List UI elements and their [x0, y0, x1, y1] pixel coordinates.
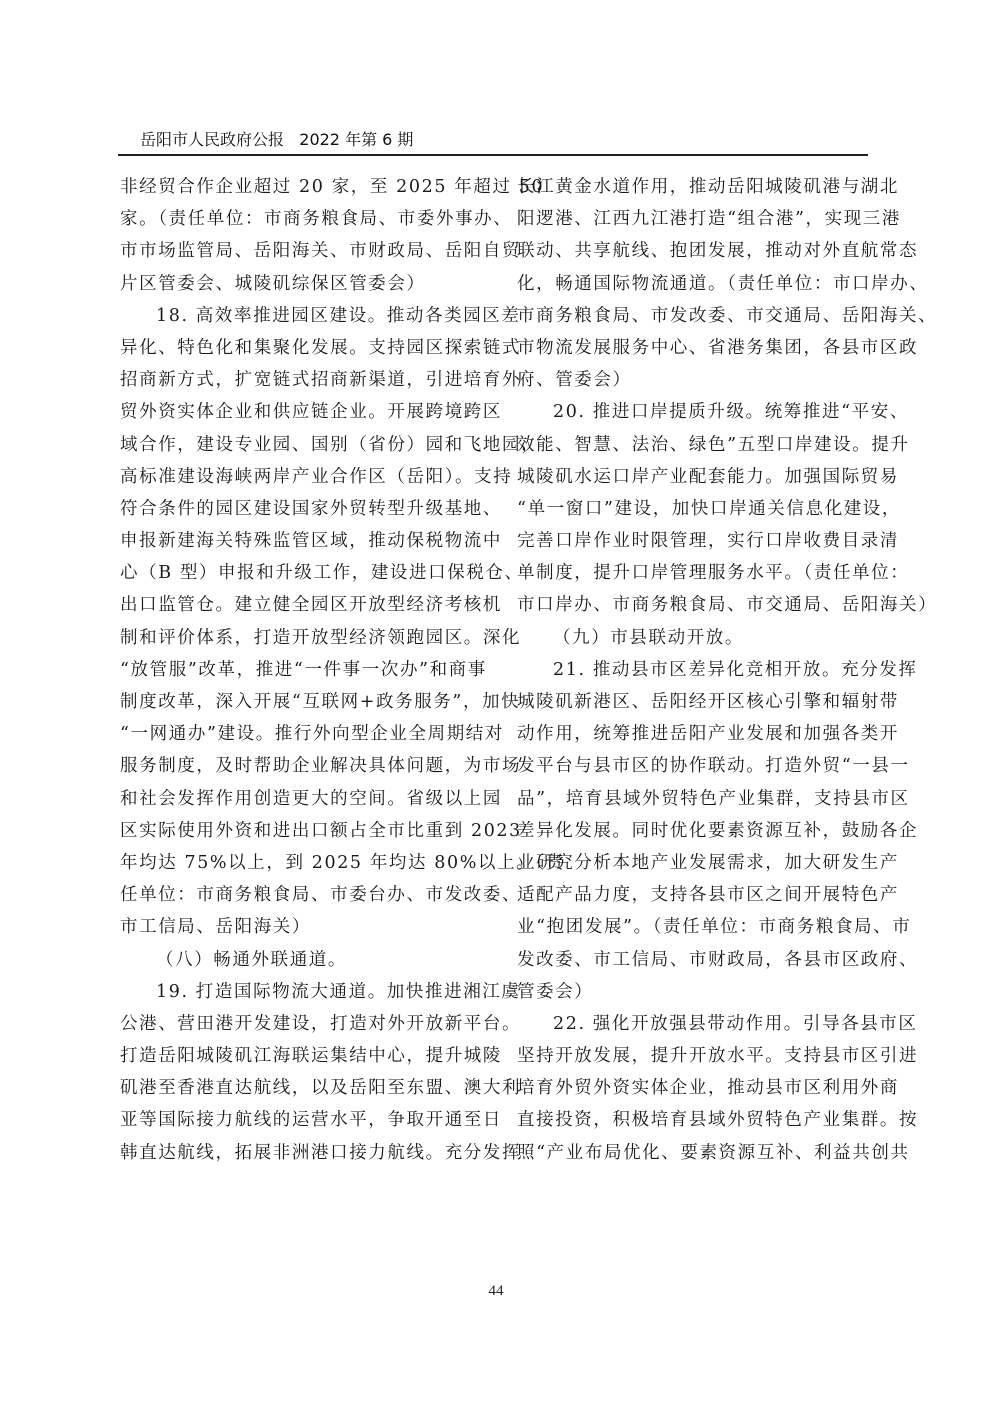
text-line: 市市场监管局、岳阳海关、市财政局、岳阳自贸	[120, 235, 480, 267]
text-line: 区实际使用外资和进出口额占全市比重到 2023	[120, 815, 480, 847]
text-line: 联动、共享航线、抱团发展，推动对外直航常态	[517, 235, 877, 267]
text-line: 公港、营田港开发建设，打造对外开放新平台。	[120, 1008, 480, 1040]
text-line: 直接投资，积极培育县域外贸特色产业集群。按	[517, 1104, 877, 1136]
section-heading: （八）畅通外联通道。	[120, 944, 480, 976]
publication-title: 岳阳市人民政府公报 2022 年第 6 期	[140, 128, 413, 152]
text-line: 管委会）	[517, 976, 877, 1008]
text-line: 制度改革，深入开展“互联网+政务服务”，加快	[120, 686, 480, 718]
text-line: 阳逻港、江西九江港打造“组合港”，实现三港	[517, 203, 877, 235]
text-line: 发改委、市工信局、市财政局，各县市区政府、	[517, 944, 877, 976]
page-header: 岳阳市人民政府公报 2022 年第 6 期	[118, 128, 868, 156]
text-line: 适配产品力度，支持各县市区之间开展特色产	[517, 879, 877, 911]
text-line: 业“抱团发展”。（责任单位：市商务粮食局、市	[517, 911, 877, 943]
text-line: 家。（责任单位：市商务粮食局、市委外事办、	[120, 203, 480, 235]
text-line: 非经贸合作企业超过 20 家，至 2025 年超过 50	[120, 171, 480, 203]
text-line: 长江黄金水道作用，推动岳阳城陵矶港与湖北	[517, 171, 877, 203]
text-line: 市口岸办、市商务粮食局、市交通局、岳阳海关）	[517, 589, 877, 621]
text-line: 差异化发展。同时优化要素资源互补，鼓励各企	[517, 815, 877, 847]
text-line: 异化、特色化和集聚化发展。支持园区探索链式	[120, 332, 480, 364]
text-line: 市商务粮食局、市发改委、市交通局、岳阳海关、	[517, 300, 877, 332]
text-line: 动作用，统筹推进岳阳产业发展和加强各类开	[517, 718, 877, 750]
text-line: 服务制度，及时帮助企业解决具体问题，为市场	[120, 750, 480, 782]
text-line: “一网通办”建设。推行外向型企业全周期结对	[120, 718, 480, 750]
text-line: 市物流发展服务中心、省港务集团，各县市区政	[517, 332, 877, 364]
text-line: 完善口岸作业时限管理，实行口岸收费目录清	[517, 525, 877, 557]
text-line: 22. 强化开放强县带动作用。引导各县市区	[517, 1008, 877, 1040]
text-line: 19. 打造国际物流大通道。加快推进湘江虞	[120, 976, 480, 1008]
text-line: 城陵矶水运口岸产业配套能力。加强国际贸易	[517, 461, 877, 493]
text-line: 片区管委会、城陵矶综保区管委会）	[120, 268, 480, 300]
text-line: 年均达 75%以上，到 2025 年均达 80%以上。（责	[120, 847, 480, 879]
text-line: 发平台与县市区的协作联动。打造外贸“一县一	[517, 750, 877, 782]
text-line: 品”，培育县域外贸特色产业集群，支持县市区	[517, 783, 877, 815]
text-line: 坚持开放发展，提升开放水平。支持县市区引进	[517, 1040, 877, 1072]
text-line: “单一窗口”建设，加快口岸通关信息化建设，	[517, 493, 877, 525]
text-line: 培育外贸外资实体企业，推动县市区利用外商	[517, 1072, 877, 1104]
text-line: 心（B 型）申报和升级工作，建设进口保税仓、	[120, 557, 480, 589]
text-line: 出口监管仓。建立健全园区开放型经济考核机	[120, 589, 480, 621]
text-line: 效能、智慧、法治、绿色”五型口岸建设。提升	[517, 429, 877, 461]
text-line: 制和评价体系，打造开放型经济领跑园区。深化	[120, 622, 480, 654]
text-line: “放管服”改革，推进“一件事一次办”和商事	[120, 654, 480, 686]
page-number: 44	[0, 1283, 992, 1300]
text-line: 20. 推进口岸提质升级。统筹推进“平安、	[517, 396, 877, 428]
text-line: 21. 推动县市区差异化竞相开放。充分发挥	[517, 654, 877, 686]
text-line: 单制度，提升口岸管理服务水平。（责任单位：	[517, 557, 877, 589]
text-line: 照“产业布局优化、要素资源互补、利益共创共	[517, 1137, 877, 1169]
text-line: 贸外资实体企业和供应链企业。开展跨境跨区	[120, 396, 480, 428]
text-line: 化，畅通国际物流通道。（责任单位：市口岸办、	[517, 268, 877, 300]
text-line: 18. 高效率推进园区建设。推动各类园区差	[120, 300, 480, 332]
right-column: 长江黄金水道作用，推动岳阳城陵矶港与湖北阳逻港、江西九江港打造“组合港”，实现三…	[517, 171, 877, 1169]
text-line: 任单位：市商务粮食局、市委台办、市发改委、	[120, 879, 480, 911]
text-line: 高标准建设海峡两岸产业合作区（岳阳）。支持	[120, 461, 480, 493]
section-heading: （九）市县联动开放。	[517, 622, 877, 654]
text-line: 域合作，建设专业园、国别（省份）园和飞地园，	[120, 429, 480, 461]
text-line: 矶港至香港直达航线，以及岳阳至东盟、澳大利	[120, 1072, 480, 1104]
text-line: 和社会发挥作用创造更大的空间。省级以上园	[120, 783, 480, 815]
text-line: 亚等国际接力航线的运营水平，争取开通至日	[120, 1104, 480, 1136]
text-line: 业研究分析本地产业发展需求，加大研发生产	[517, 847, 877, 879]
text-line: 府、管委会）	[517, 364, 877, 396]
text-line: 符合条件的园区建设国家外贸转型升级基地、	[120, 493, 480, 525]
text-line: 城陵矶新港区、岳阳经开区核心引擎和辐射带	[517, 686, 877, 718]
header-rule	[118, 154, 868, 156]
text-line: 招商新方式，扩宽链式招商新渠道，引进培育外	[120, 364, 480, 396]
text-line: 打造岳阳城陵矶江海联运集结中心，提升城陵	[120, 1040, 480, 1072]
text-line: 韩直达航线，拓展非洲港口接力航线。充分发挥	[120, 1137, 480, 1169]
left-column: 非经贸合作企业超过 20 家，至 2025 年超过 50家。（责任单位：市商务粮…	[120, 171, 480, 1169]
text-line: 市工信局、岳阳海关）	[120, 911, 480, 943]
text-line: 申报新建海关特殊监管区域，推动保税物流中	[120, 525, 480, 557]
